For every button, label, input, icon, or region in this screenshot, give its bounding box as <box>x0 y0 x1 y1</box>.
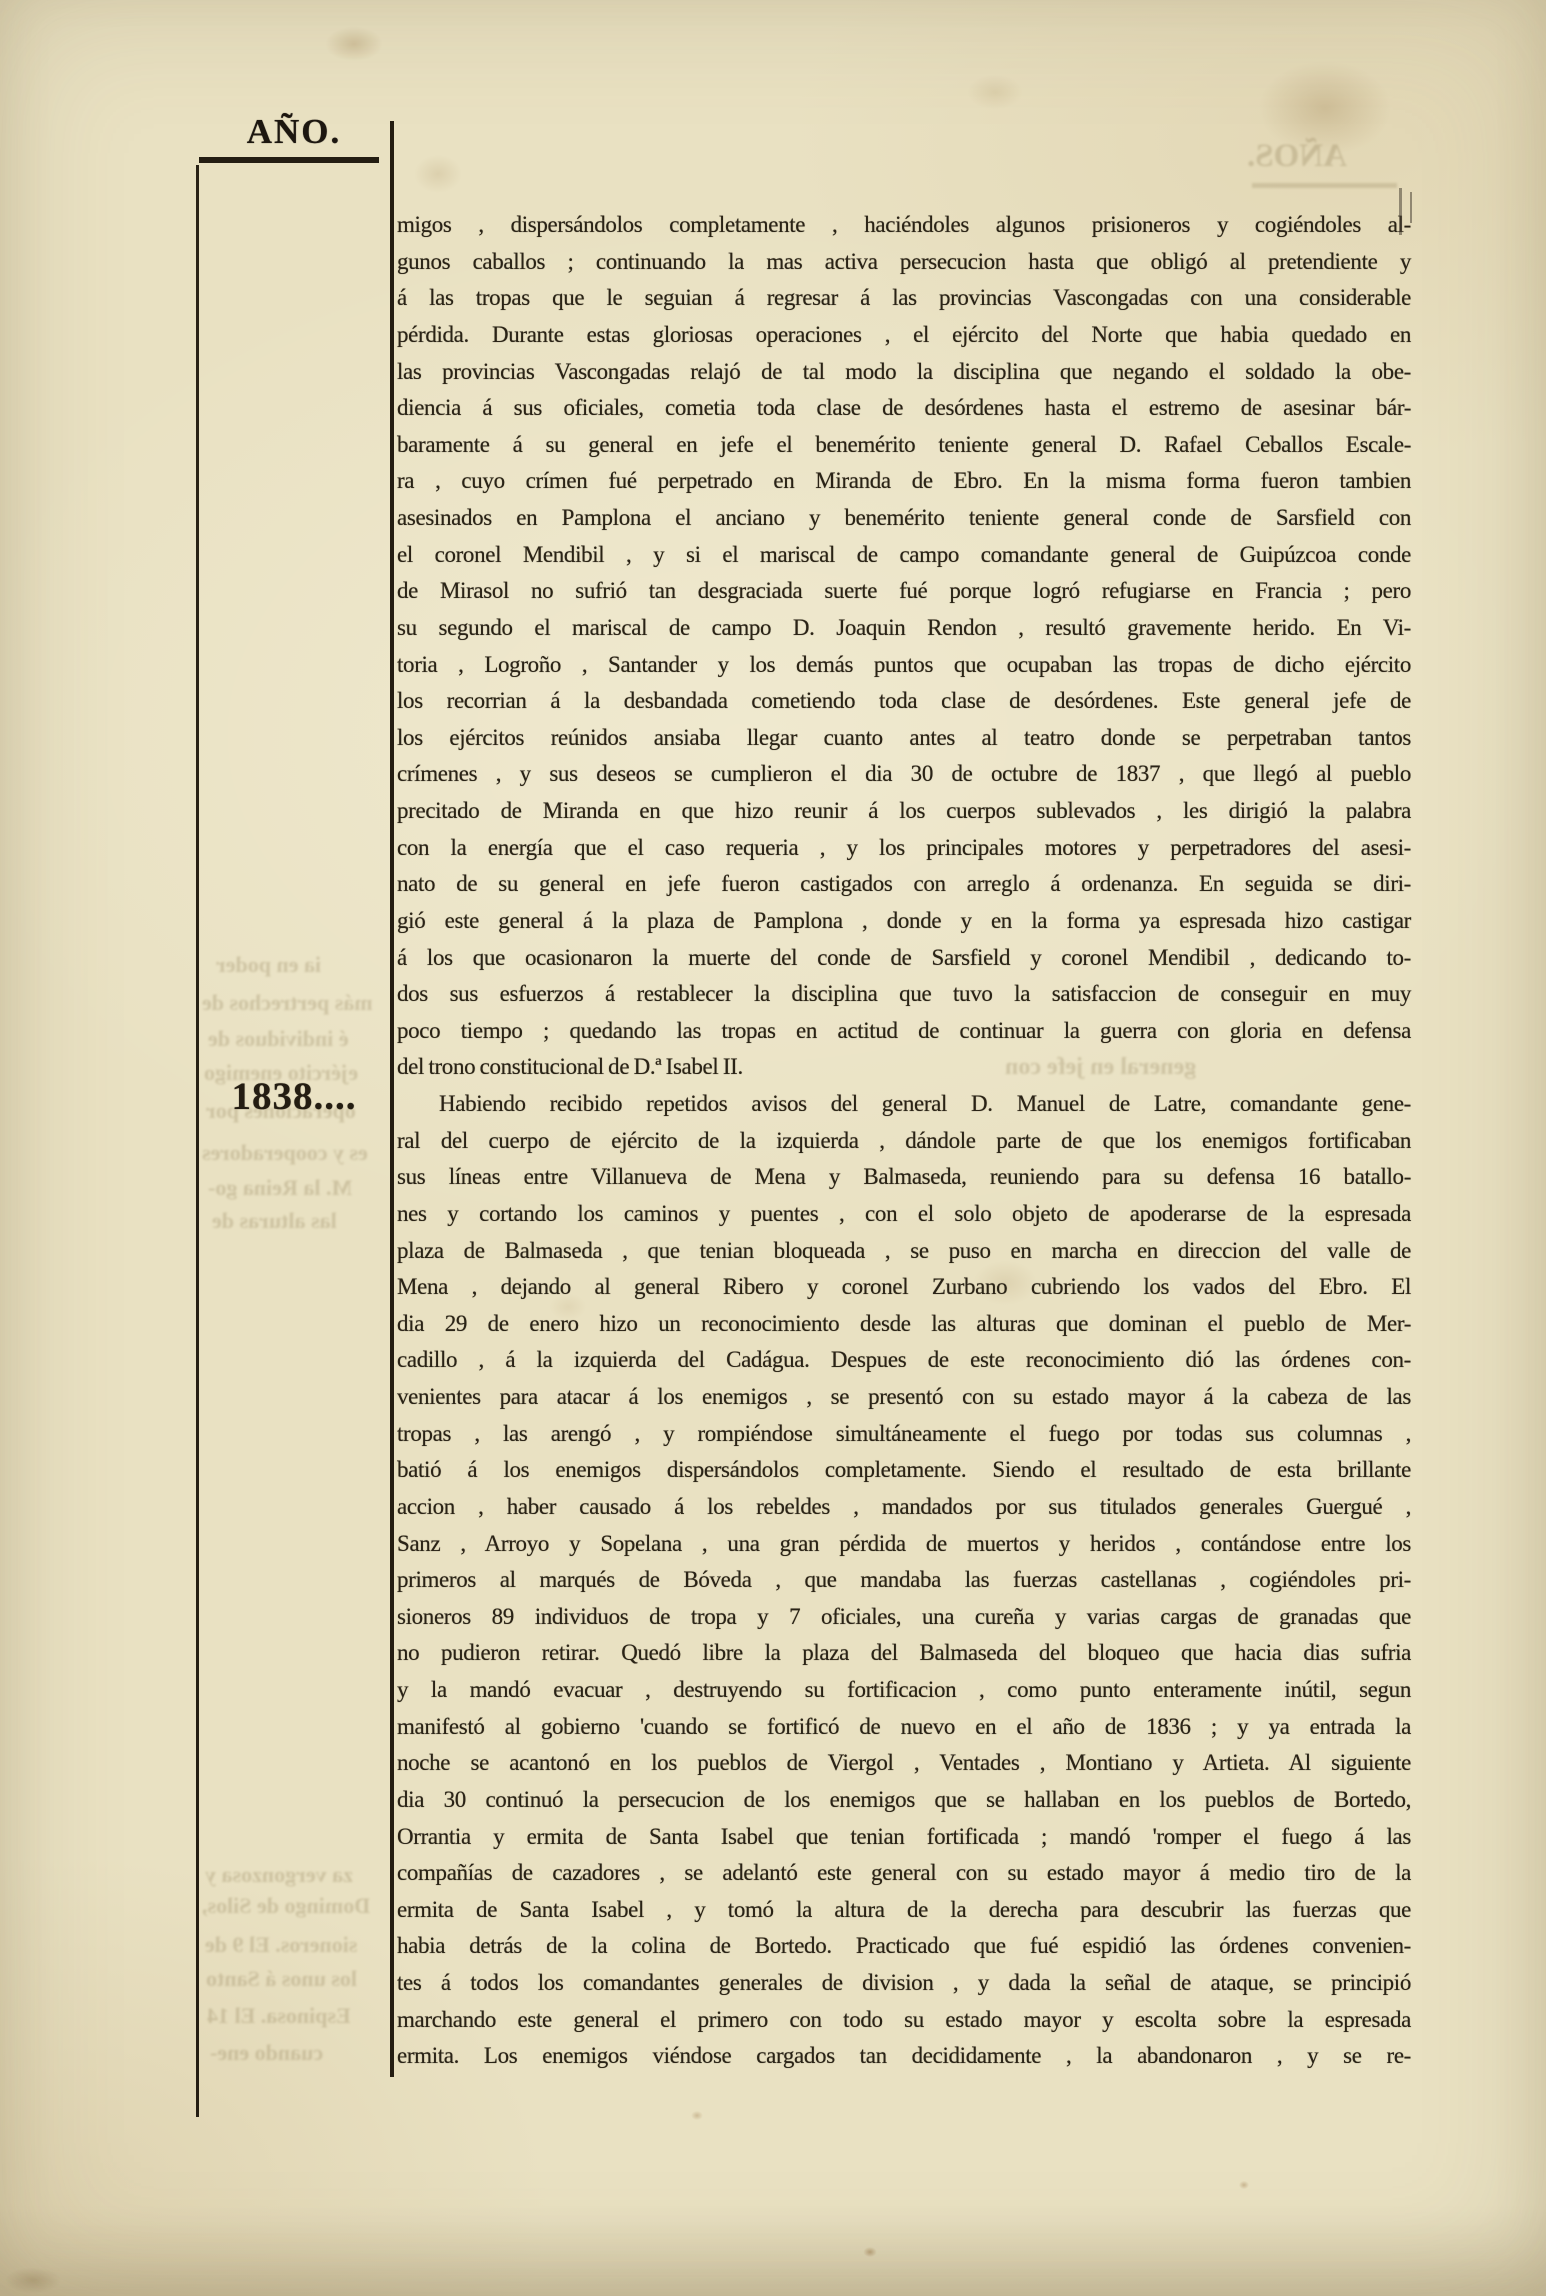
text-line: no pudieron retirar. Quedó libre la plaz… <box>397 1635 1411 1672</box>
text-line: las provincias Vascongadas relajó de tal… <box>397 354 1411 391</box>
text-line: los recorrian á la desbandada cometiendo… <box>397 683 1411 720</box>
text-line: diencia á sus oficiales, cometia toda cl… <box>397 390 1411 427</box>
text-line: con la energía que el caso requeria , y … <box>397 830 1411 867</box>
header-underline <box>199 157 379 163</box>
bleedthrough-text: M. la Reina go- <box>208 1175 352 1201</box>
text-line: ral del cuerpo de ejército de la izquier… <box>397 1123 1411 1160</box>
bleedthrough-text: cuando ene- <box>210 2040 323 2066</box>
text-line: dia 30 continuó la persecucion de los en… <box>397 1782 1411 1819</box>
document-page: AÑOS.general en jefe conia en podermás p… <box>0 0 1546 2296</box>
bleedthrough-text: es y cooperadores <box>202 1140 368 1166</box>
bleedthrough-text: ia en poder <box>216 952 321 978</box>
paper-stain <box>960 70 1030 114</box>
bleedthrough-rule <box>1252 183 1397 188</box>
text-line: de Mirasol no sufrió tan desgraciada sue… <box>397 573 1411 610</box>
bleedthrough-text: las alturas de <box>212 1208 337 1234</box>
text-line: poco tiempo ; quedando las tropas en act… <box>397 1013 1411 1050</box>
bleedthrough-text: Domingo de Silos, <box>202 1893 370 1919</box>
text-line: plaza de Balmaseda , que tenian bloquead… <box>397 1233 1411 1270</box>
bleedthrough-text: AÑOS. <box>1247 138 1347 175</box>
text-line: Mena , dejando al general Ribero y coron… <box>397 1269 1411 1306</box>
text-line: marchando este general el primero con to… <box>397 2002 1411 2039</box>
paragraph: Habiendo recibido repetidos avisos del g… <box>397 1086 1411 2075</box>
body-text: migos , dispersándolos completamente , h… <box>397 207 1411 2075</box>
year-label-1838: 1838.... <box>197 1074 391 1119</box>
text-line: dos sus esfuerzos á restablecer la disci… <box>397 976 1411 1013</box>
text-line: á las tropas que le seguian á regresar á… <box>397 280 1411 317</box>
text-line: venientes para atacar á los enemigos , s… <box>397 1379 1411 1416</box>
text-line: Orrantia y ermita de Santa Isabel que te… <box>397 1819 1411 1856</box>
margin-column-left-rule <box>196 165 199 2117</box>
text-line: toria , Logroño , Santander y los demás … <box>397 647 1411 684</box>
text-line: Habiendo recibido repetidos avisos del g… <box>397 1086 1411 1123</box>
paper-stain <box>408 150 468 198</box>
text-line: sus líneas entre Villanueva de Mena y Ba… <box>397 1159 1411 1196</box>
paragraph: migos , dispersándolos completamente , h… <box>397 207 1411 1086</box>
text-line: accion , haber causado á los rebeldes , … <box>397 1489 1411 1526</box>
text-line: sioneros 89 individuos de tropa y 7 ofic… <box>397 1599 1411 1636</box>
bleedthrough-text: za vergonzosa y <box>205 1862 353 1888</box>
edge-mark <box>1410 192 1412 223</box>
text-line: á los que ocasionaron la muerte del cond… <box>397 940 1411 977</box>
text-line: ra , cuyo crímen fué perpetrado en Miran… <box>397 463 1411 500</box>
text-line: tes á todos los comandantes generales de… <box>397 1965 1411 2002</box>
text-line: ermita. Los enemigos viéndose cargados t… <box>397 2038 1411 2075</box>
text-line: habia detrás de la colina de Bortedo. Pr… <box>397 1928 1411 1965</box>
text-line: el coronel Mendibil , y si el mariscal d… <box>397 537 1411 574</box>
text-line: su segundo el mariscal de campo D. Joaqu… <box>397 610 1411 647</box>
text-line: ermita de Santa Isabel , y tomó la altur… <box>397 1892 1411 1929</box>
text-line: Sanz , Arroyo y Sopelana , una gran pérd… <box>397 1526 1411 1563</box>
column-header-anio: AÑO. <box>197 112 391 152</box>
text-line: tropas , las arengó , y rompiéndose simu… <box>397 1416 1411 1453</box>
paper-stain <box>1238 2180 1250 2190</box>
bleedthrough-text: los unos á Santo <box>206 1966 357 1992</box>
text-line: dia 29 de enero hizo un reconocimiento d… <box>397 1306 1411 1343</box>
edge-mark <box>1399 188 1402 235</box>
paper-stain <box>690 2110 704 2121</box>
bleedthrough-text: é individuos de <box>208 1026 349 1052</box>
bleedthrough-text: sioneros. El 9 de <box>205 1932 357 1958</box>
text-line: migos , dispersándolos completamente , h… <box>397 207 1411 244</box>
text-line: baramente á su general en jefe el benemé… <box>397 427 1411 464</box>
text-line: cadillo , á la izquierda del Cadágua. De… <box>397 1342 1411 1379</box>
text-line: compañías de cazadores , se adelantó est… <box>397 1855 1411 1892</box>
text-line: nato de su general en jefe fueron castig… <box>397 866 1411 903</box>
text-line: nes y cortando los caminos y puentes , c… <box>397 1196 1411 1233</box>
text-line: crímenes , y sus deseos se cumplieron el… <box>397 756 1411 793</box>
text-line: noche se acantonó en los pueblos de Vier… <box>397 1745 1411 1782</box>
paper-stain <box>862 2246 878 2258</box>
paper-stain <box>0 2140 220 2296</box>
text-line: manifestó al gobierno 'cuando se fortifi… <box>397 1709 1411 1746</box>
text-line: del trono constitucional de D.ª Isabel I… <box>397 1049 1411 1086</box>
bleedthrough-text: más pertrechos de <box>202 990 373 1016</box>
text-line: gunos caballos ; continuando la mas acti… <box>397 244 1411 281</box>
text-line: gió este general á la plaza de Pamplona … <box>397 903 1411 940</box>
bleedthrough-text: Espinosa. El 14 <box>207 2003 351 2029</box>
text-line: asesinados en Pamplona el anciano y bene… <box>397 500 1411 537</box>
text-line: los ejércitos reúnidos ansiaba llegar cu… <box>397 720 1411 757</box>
text-line: pérdida. Durante estas gloriosas operaci… <box>397 317 1411 354</box>
paper-stain <box>318 22 390 66</box>
text-line: y la mandó evacuar , destruyendo su fort… <box>397 1672 1411 1709</box>
text-line: precitado de Miranda en que hizo reunir … <box>397 793 1411 830</box>
text-line: primeros al marqués de Bóveda , que mand… <box>397 1562 1411 1599</box>
text-line: batió á los enemigos dispersándolos comp… <box>397 1452 1411 1489</box>
